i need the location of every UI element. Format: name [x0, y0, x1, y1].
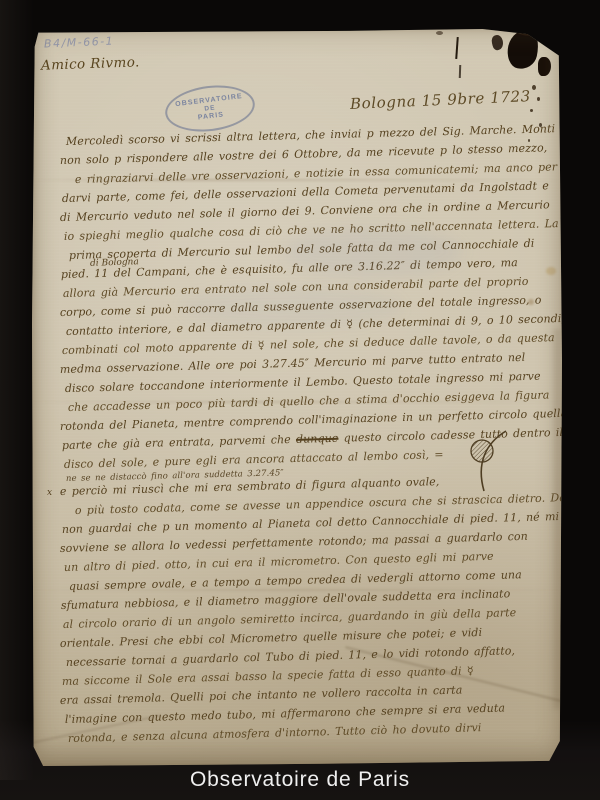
ink-stain: [550, 38, 563, 52]
insertion-caret: x: [47, 488, 52, 498]
ink-stain: [518, 27, 558, 36]
manuscript-page: B4/M-66-1 Amico Rivmo. OBSERVATOIRE DE P…: [32, 29, 562, 766]
interlinear-note: di Bologna: [90, 257, 139, 269]
stamp-text-bottom: PARIS: [197, 111, 224, 122]
ink-droplet: [532, 85, 536, 90]
shelfmark-annotation: B4/M-66-1: [44, 34, 115, 50]
greeting-line: Amico Rivmo.: [41, 54, 140, 73]
ink-stain: [490, 34, 504, 51]
ink-stroke: [459, 65, 461, 78]
pencil-mark: [30, 31, 40, 43]
observatoire-stamp: OBSERVATOIRE DE PARIS: [163, 81, 258, 137]
caption-bar: Observatoire de Paris: [0, 763, 600, 797]
ink-stain: [504, 26, 542, 71]
ink-stain: [436, 31, 443, 35]
caption-text: Observatoire de Paris: [190, 768, 410, 792]
ink-stain: [538, 57, 551, 76]
photo-frame: B4/M-66-1 Amico Rivmo. OBSERVATOIRE DE P…: [0, 0, 600, 800]
ink-droplet: [530, 109, 533, 112]
ink-stroke: [455, 37, 459, 59]
ink-droplet: [537, 97, 540, 101]
dateline: Bologna 15 9bre 1723: [350, 87, 531, 113]
mercury-sun-limb-sketch: [460, 429, 512, 493]
